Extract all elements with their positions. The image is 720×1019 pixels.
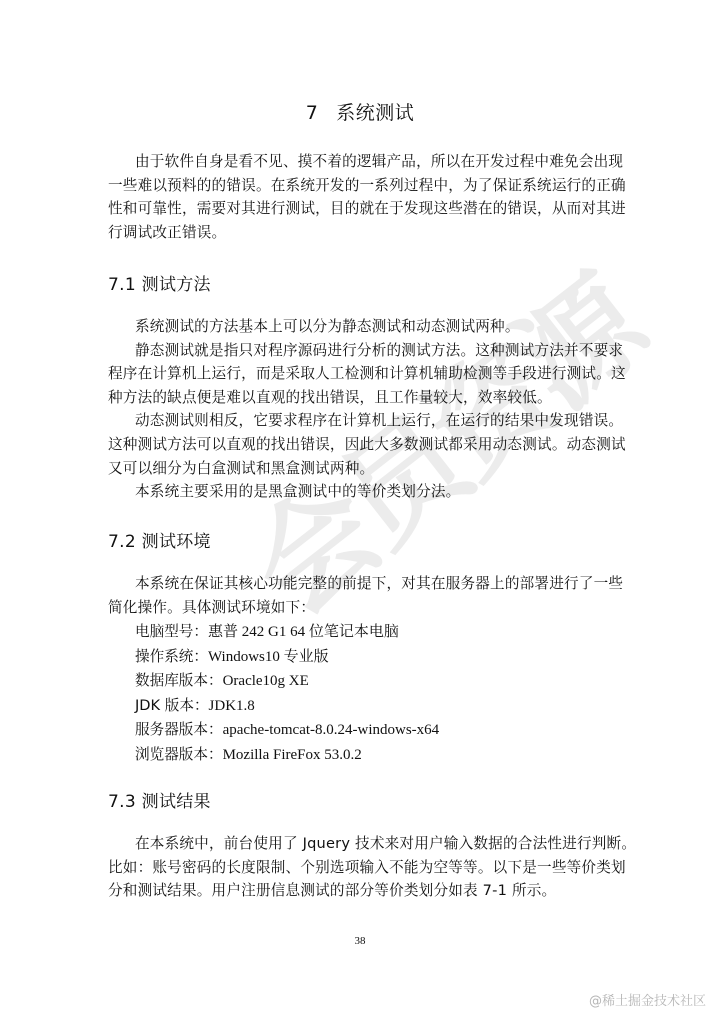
intro-paragraph: 由于软件自身是看不见、摸不着的逻辑产品，所以在开发过程中难免会出现 一些难以预料… [108,150,608,244]
env-label: 数据库版本： [135,672,223,689]
text-line: 系统测试的方法基本上可以分为静态测试和动态测试两种。 [108,315,608,339]
section-7-2-body: 本系统在保证其核心功能完整的前提下，对其在服务器上的部署进行了一些 简化操作。具… [108,572,608,619]
text-line: 动态测试则相反，它要求程序在计算机上运行，在运行的结果中发现错误。 [108,409,608,433]
env-item-database: 数据库版本：Oracle10g XE [135,669,439,694]
env-value: apache-tomcat-8.0.24-windows-x64 [223,722,440,738]
env-value: Windows10 专业版 [208,649,329,665]
text-line: 静态测试就是指只对程序源码进行分析的测试方法。这种测试方法并不要求 [108,339,608,363]
env-label: 操作系统： [135,648,208,665]
text-line: 行调试改正错误。 [108,221,608,245]
text-line: 在本系统中，前台使用了 Jquery 技术来对用户输入数据的合法性进行判断。 [108,832,608,856]
env-value: 惠普 242 G1 64 位笔记本电脑 [208,624,399,640]
document-page: 会员资源 7系统测试 由于软件自身是看不见、摸不着的逻辑产品，所以在开发过程中难… [0,0,720,1019]
env-item-server: 服务器版本：apache-tomcat-8.0.24-windows-x64 [135,718,439,743]
env-value: Mozilla FireFox 53.0.2 [223,747,362,763]
text-line: 简化操作。具体测试环境如下： [108,596,608,620]
text-line: 由于软件自身是看不见、摸不着的逻辑产品，所以在开发过程中难免会出现 [108,150,608,174]
text-line: 性和可靠性，需要对其进行测试，目的就在于发现这些潜在的错误，从而对其进 [108,197,608,221]
env-label: JDK 版本： [135,697,209,714]
text-line: 程序在计算机上运行，而是采取人工检测和计算机辅助检测等手段进行测试。这 [108,362,608,386]
env-value: JDK1.8 [209,698,255,714]
source-watermark: @稀土掘金技术社区 [589,990,706,1009]
env-item-os: 操作系统：Windows10 专业版 [135,645,439,670]
chapter-title-text: 系统测试 [336,102,414,124]
env-label: 浏览器版本： [135,746,223,763]
text-line: 种方法的缺点便是难以直观的找出错误，且工作量较大，效率较低。 [108,386,608,410]
env-label: 电脑型号： [135,623,208,640]
chapter-number: 7 [306,102,319,124]
section-7-3-body: 在本系统中，前台使用了 Jquery 技术来对用户输入数据的合法性进行判断。 比… [108,832,608,903]
text-line: 这种测试方法可以直观的找出错误，因此大多数测试都采用动态测试。动态测试 [108,433,608,457]
section-heading-7-3: 7.3 测试结果 [108,787,211,812]
page-number: 38 [0,935,720,947]
env-item-browser: 浏览器版本：Mozilla FireFox 53.0.2 [135,743,439,768]
section-heading-7-2: 7.2 测试环境 [108,527,211,552]
env-item-jdk: JDK 版本：JDK1.8 [135,694,439,719]
text-line: 本系统在保证其核心功能完整的前提下，对其在服务器上的部署进行了一些 [108,572,608,596]
text-line: 分和测试结果。用户注册信息测试的部分等价类划分如表 7-1 所示。 [108,879,608,903]
text-line: 比如：账号密码的长度限制、个别选项输入不能为空等等。以下是一些等价类划 [108,856,608,880]
text-line: 一些难以预料的的错误。在系统开发的一系列过程中，为了保证系统运行的正确 [108,174,608,198]
section-heading-7-1: 7.1 测试方法 [108,270,211,295]
text-line: 本系统主要采用的是黑盒测试中的等价类划分法。 [108,480,608,504]
section-7-1-body: 系统测试的方法基本上可以分为静态测试和动态测试两种。 静态测试就是指只对程序源码… [108,315,608,504]
env-item-computer: 电脑型号：惠普 242 G1 64 位笔记本电脑 [135,620,439,645]
chapter-title: 7系统测试 [0,98,720,125]
env-value: Oracle10g XE [223,673,309,689]
env-label: 服务器版本： [135,721,223,738]
environment-list: 电脑型号：惠普 242 G1 64 位笔记本电脑 操作系统：Windows10 … [135,620,439,768]
text-line: 又可以细分为白盒测试和黑盒测试两种。 [108,457,608,481]
